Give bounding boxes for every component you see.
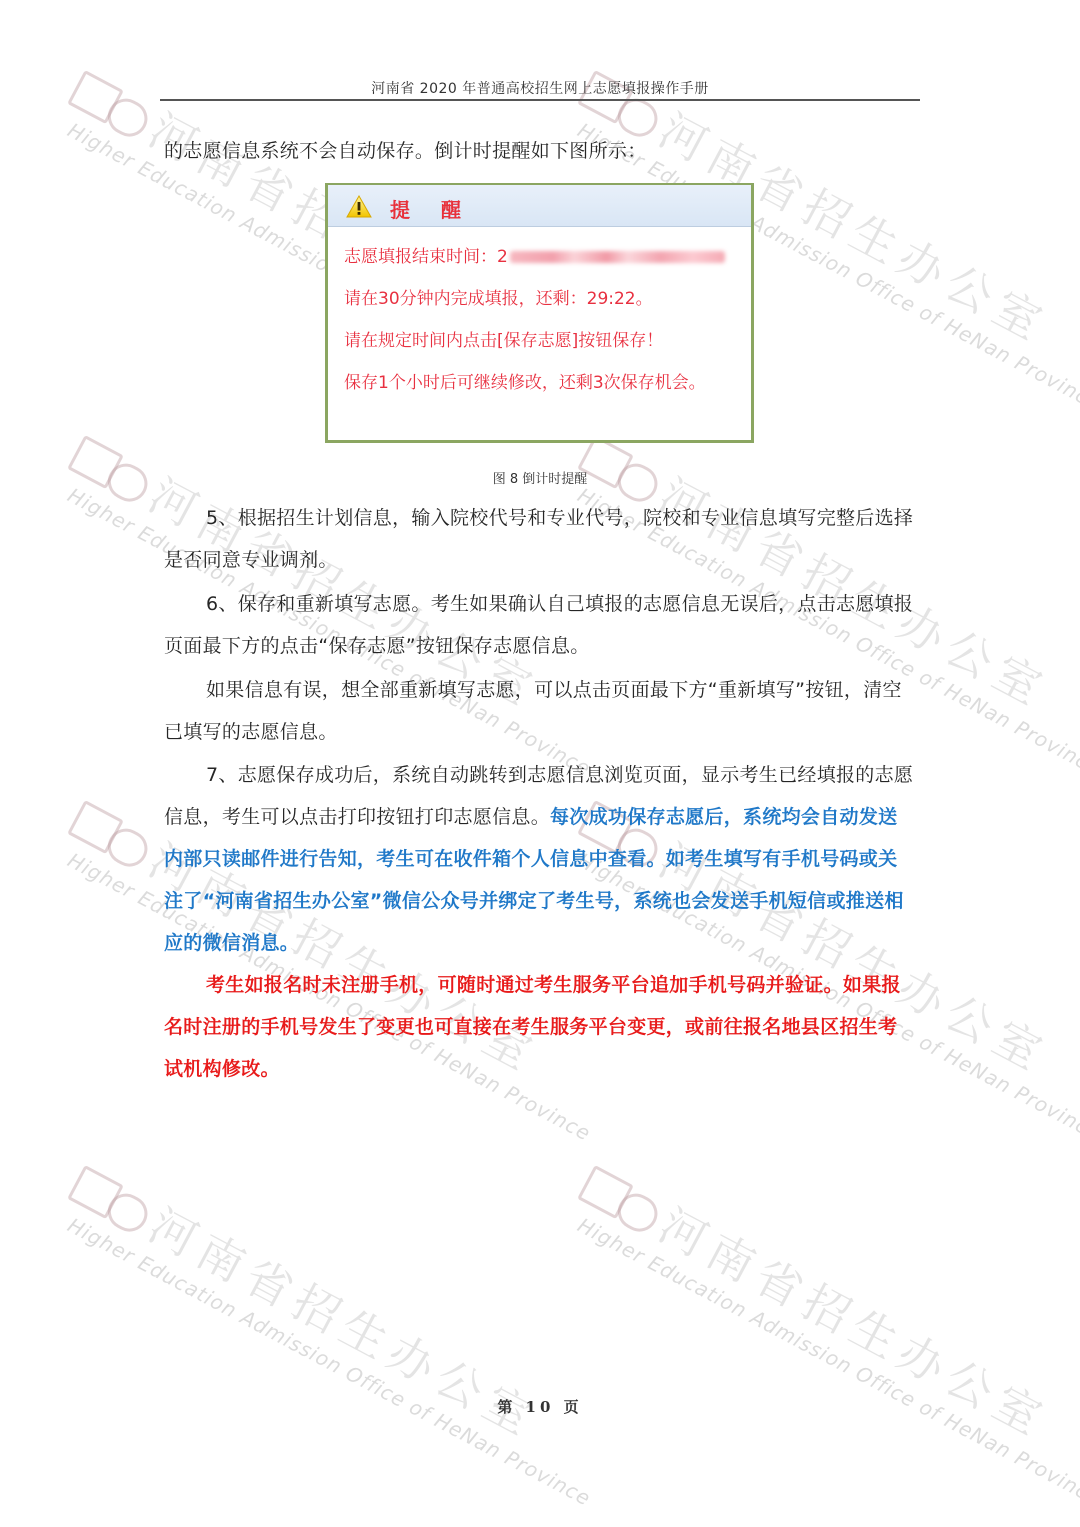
running-header: 河南省 2020 年普通高校招生网上志愿填报操作手册 (160, 78, 920, 98)
phone-note: 考生如报名时未注册手机，可随时通过考生服务平台追加手机号码并验证。如果报名时注册… (164, 964, 916, 1090)
watermark-logo-icon (58, 70, 174, 168)
watermark-cn: 河南省招生办公室 (649, 1190, 1061, 1451)
step-7: 7、志愿保存成功后，系统自动跳转到志愿信息浏览页面，显示考生已经填报的志愿信息，… (164, 754, 916, 964)
watermark-logo-icon (58, 800, 174, 898)
watermark: 河南省招生办公室 Higher Education Admission Offi… (585, 1165, 1055, 1465)
step-5: 5、根据招生计划信息，输入院校代号和专业代号，院校和专业信息填写完整后选择是否同… (164, 497, 916, 581)
phone-note-text: 考生如报名时未注册手机，可随时通过考生服务平台追加手机号码并验证。如果报名时注册… (164, 974, 901, 1080)
intro-paragraph: 的志愿信息系统不会自动保存。倒计时提醒如下图所示： (164, 130, 916, 172)
watermark: 河南省招生办公室 Higher Education Admission Offi… (75, 1165, 545, 1465)
dialog-titlebar: 提 醒 (328, 185, 751, 227)
watermark-en: Higher Education Admission Office of HeN… (574, 1213, 1080, 1511)
countdown-line: 请在30分钟内完成填报，还剩：29:22。 (344, 284, 653, 309)
step-6-reset: 如果信息有误，想全部重新填写志愿，可以点击页面最下方“重新填写”按钮，清空已填写… (164, 669, 916, 753)
dialog-title: 提 醒 (390, 194, 473, 223)
watermark-en: Higher Education Admission Office of HeN… (64, 1213, 595, 1511)
end-time-label: 志愿填报结束时间： (344, 247, 497, 267)
watermark-logo-icon (58, 1165, 174, 1263)
reminder-dialog: 提 醒 志愿填报结束时间：2 请在30分钟内完成填报，还剩：29:22。 请在规… (325, 183, 754, 443)
watermark-logo-icon (58, 435, 174, 533)
step-7-notice: 每次成功保存志愿后，系统均会自动发送内部只读邮件进行告知，考生可在收件箱个人信息… (164, 806, 904, 954)
warning-icon (346, 195, 372, 218)
end-time-prefix: 2 (497, 247, 508, 267)
page-number: 第 10 页 (440, 1396, 640, 1417)
end-time-line: 志愿填报结束时间：2 (344, 242, 725, 267)
redacted-date (510, 251, 725, 263)
watermark-logo-icon (568, 1165, 684, 1263)
step-6: 6、保存和重新填写志愿。考生如果确认自己填报的志愿信息无误后，点击志愿填报页面最… (164, 583, 916, 667)
save-limit-line: 保存1个小时后可继续修改，还剩3次保存机会。 (344, 368, 706, 393)
header-divider (160, 99, 920, 101)
save-hint-line: 请在规定时间内点击[保存志愿]按钮保存！ (344, 326, 663, 351)
figure-caption: 图 8 倒计时提醒 (160, 468, 920, 487)
